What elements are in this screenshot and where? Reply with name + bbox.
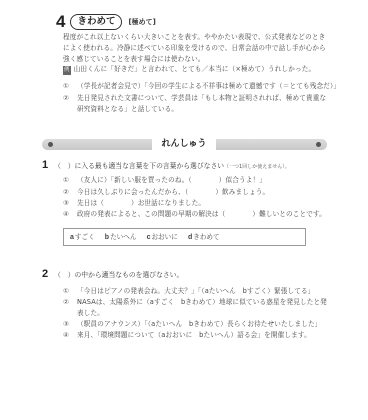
entry-example: 例山田くんに「好きだ」と言われて、とても／本当に（×極めて）うれしかった。 xyxy=(63,65,315,75)
question2-header: 2 （ ）の中から適当なものを選びなさい。 xyxy=(42,268,183,280)
item-text: 来月、「環境問題について（aおおいに bたいへん）語る会」を開催します。 xyxy=(77,331,311,339)
question1-note: （一つ1回しか使えません）。 xyxy=(224,163,290,170)
banner-dot-right xyxy=(316,142,321,147)
usage-item: ①（学長が記者会見で）「今回の学生による不祥事は極めて遺憾です（＝とても残念だ）… xyxy=(63,82,340,91)
item-text: NASAは、太陽系外に（aすごく bきわめて）地球に似ている惑星を発見したと発 xyxy=(77,298,327,306)
usage-item: ②先日発見された文書について、学芸員は「もし本物と証明されれば、極めて貴重な xyxy=(63,94,326,103)
item-number: ② xyxy=(63,188,77,197)
question2-item: ①「今日はピアノの発表会ね。大丈夫？」「（aたいへん bすごく）緊張してる」 xyxy=(63,287,314,296)
entry-number: 4 xyxy=(56,13,65,30)
choice-d: dきわめて xyxy=(188,233,220,241)
question2-item: ③（駅員のアナウンス）「（aたいへん bきわめて）長らくお待たせいたしました」 xyxy=(63,320,322,329)
entry-word-badge: きわめて xyxy=(70,14,122,30)
item-number: ① xyxy=(63,287,77,296)
entry-header: 4 きわめて [極めて] xyxy=(56,13,156,30)
example-text: 山田くんに「好きだ」と言われて、とても／本当に（×極めて）うれしかった。 xyxy=(74,65,316,73)
question2-number: 2 xyxy=(42,268,48,280)
item-number: ① xyxy=(63,176,77,185)
usage-number: ① xyxy=(63,82,77,91)
question2-item: ②NASAは、太陽系外に（aすごく bきわめて）地球に似ている惑星を発見したと発 xyxy=(63,298,327,307)
choice-a: aすごく xyxy=(70,233,95,241)
usage-text: 研究資料となる」と話している。 xyxy=(77,105,178,113)
choice-b: bたいへん xyxy=(105,233,137,241)
question2-item: ④来月、「環境問題について（aおおいに bたいへん）語る会」を開催します。 xyxy=(63,331,311,340)
question1-header: 1 （ ）に入る最も適当な言葉を下の言葉から選びなさい （一つ1回しか使えません… xyxy=(42,159,290,171)
item-text: 「今日はピアノの発表会ね。大丈夫？」「（aたいへん bすごく）緊張してる」 xyxy=(77,287,314,295)
item-text: 先日は（ ）お世話になりました。 xyxy=(77,199,205,207)
banner-dot-left xyxy=(48,142,53,147)
item-text: 政府の発表によると、この問題の早期の解決は（ ）難しいとのことです。 xyxy=(77,210,326,218)
choice-c: cおおいに xyxy=(147,233,178,241)
textbook-page: 4 きわめて [極めて] 程度がこれ以上ないくらい大きいことを表す。ややかたい表… xyxy=(0,0,368,420)
item-text: 表した。 xyxy=(77,309,104,317)
example-mark: 例 xyxy=(63,66,71,75)
question2-item: 表した。 xyxy=(63,309,104,318)
item-number: ④ xyxy=(63,331,77,340)
choice-box: aすごく bたいへん cおおいに dきわめて xyxy=(63,228,306,246)
item-text: （駅員のアナウンス）「（aたいへん bきわめて）長らくお待たせいたしました」 xyxy=(77,320,322,328)
entry-description-line: 程度がこれ以上ないくらい大きいことを表す。ややかたい表現で、公式発表などのとき xyxy=(63,33,325,42)
question1-number: 1 xyxy=(42,159,48,171)
usage-text: 先日発見された文書について、学芸員は「もし本物と証明されれば、極めて貴重な xyxy=(77,94,326,102)
question1-instruction: （ ）に入る最も適当な言葉を下の言葉から選びなさい xyxy=(54,160,224,170)
entry-description-line: 強く感じていることを表す場合には使わない。 xyxy=(63,55,205,64)
item-number: ③ xyxy=(63,199,77,208)
question2-instruction: （ ）の中から適当なものを選びなさい。 xyxy=(54,269,183,279)
question1-item: ②今日は久しぶりに会ったんだから、（ ）飲みましょう。 xyxy=(63,188,269,197)
item-text: （友人に）「新しい服を買ったのね。（ ）似合うよ！」 xyxy=(77,176,266,184)
practice-title: れんしゅう xyxy=(152,137,216,152)
usage-text: （学長が記者会見で）「今回の学生による不祥事は極めて遺憾です（＝とても残念だ）」 xyxy=(77,82,340,90)
question1-item: ①（友人に）「新しい服を買ったのね。（ ）似合うよ！」 xyxy=(63,176,266,185)
usage-number: ② xyxy=(63,94,77,103)
practice-banner: れんしゅう xyxy=(42,139,327,150)
question1-item: ④政府の発表によると、この問題の早期の解決は（ ）難しいとのことです。 xyxy=(63,210,326,219)
item-number: ③ xyxy=(63,320,77,329)
entry-description-line: によく使われる。冷静に述べている印象を受けるので、日常会話の中で話し手が心から xyxy=(63,44,326,53)
entry-kanji: [極めて] xyxy=(128,17,155,27)
item-number: ② xyxy=(63,298,77,307)
usage-item: 研究資料となる」と話している。 xyxy=(63,105,178,114)
item-text: 今日は久しぶりに会ったんだから、（ ）飲みましょう。 xyxy=(77,188,269,196)
question1-item: ③先日は（ ）お世話になりました。 xyxy=(63,199,205,208)
item-number: ④ xyxy=(63,210,77,219)
